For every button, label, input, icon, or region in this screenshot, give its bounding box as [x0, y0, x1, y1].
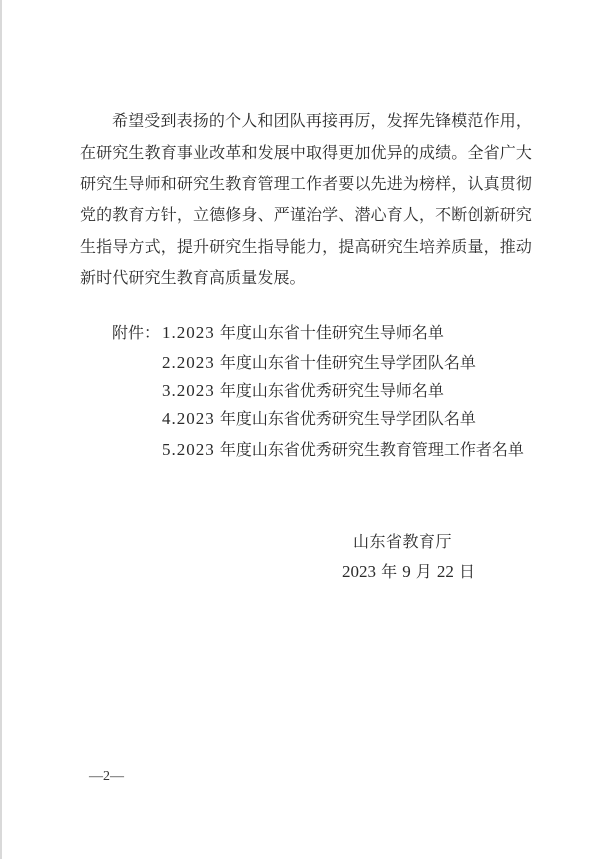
paragraph-line: 党的教育方针，立德修身、严谨治学、潜心育人，不断创新研究: [80, 204, 532, 226]
date-year-unit: 年: [376, 562, 402, 581]
attachment-item: 5.2023 年度山东省优秀研究生教育管理工作者名单: [162, 439, 524, 461]
attachment-item: 2.2023 年度山东省十佳研究生导学团队名单: [162, 352, 476, 374]
paragraph-line: 生指导方式，提升研究生指导能力，提高研究生培养质量，推动: [80, 236, 532, 258]
attachment-number: 5.2023: [162, 440, 215, 459]
attachment-number: 2.2023: [162, 353, 215, 372]
attachment-item: 4.2023 年度山东省优秀研究生导学团队名单: [162, 408, 476, 430]
attachment-number: 4.2023: [162, 409, 215, 428]
date-year: 2023: [342, 562, 376, 581]
document-page: 希望受到表扬的个人和团队再接再厉，发挥先锋模范作用， 在研究生教育事业改革和发展…: [0, 0, 606, 859]
paragraph-line: 新时代研究生教育高质量发展。: [80, 267, 306, 289]
attachment-number: 3.2023: [162, 381, 215, 400]
date-month: 9: [402, 562, 411, 581]
attachment-title: 年度山东省优秀研究生教育管理工作者名单: [215, 440, 524, 459]
date-month-unit: 月: [411, 562, 437, 581]
date-day-unit: 日: [454, 562, 475, 581]
issuing-organization: 山东省教育厅: [353, 531, 452, 553]
page-number: —2—: [89, 768, 124, 786]
issue-date: 2023 年 9 月 22 日: [342, 561, 475, 583]
attachment-item: 3.2023 年度山东省优秀研究生导师名单: [162, 380, 444, 402]
paragraph-line: 在研究生教育事业改革和发展中取得更加优异的成绩。全省广大: [80, 142, 532, 164]
date-day: 22: [437, 562, 454, 581]
attachment-title: 年度山东省优秀研究生导学团队名单: [215, 409, 476, 428]
attachment-title: 年度山东省优秀研究生导师名单: [215, 381, 444, 400]
attachments-label: 附件：: [112, 322, 160, 344]
paragraph-line: 研究生导师和研究生教育管理工作者要以先进为榜样，认真贯彻: [80, 173, 532, 195]
attachment-number: 1.2023: [162, 323, 215, 342]
attachment-item: 1.2023 年度山东省十佳研究生导师名单: [162, 322, 444, 344]
attachment-title: 年度山东省十佳研究生导师名单: [215, 323, 444, 342]
paragraph-line: 希望受到表扬的个人和团队再接再厉，发挥先锋模范作用，: [112, 110, 532, 132]
attachment-title: 年度山东省十佳研究生导学团队名单: [215, 353, 476, 372]
